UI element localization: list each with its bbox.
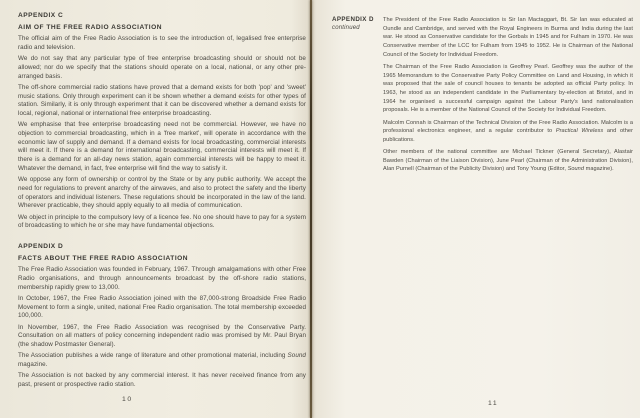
appendix-d-heading: APPENDIX D	[18, 243, 306, 250]
page-number-left: 10	[122, 396, 133, 403]
margin-label-continued: continued	[332, 25, 379, 31]
paragraph: The President of the Free Radio Associat…	[383, 16, 633, 60]
margin-label-appendix-d: APPENDIX D	[332, 16, 379, 23]
appendix-d-continued-label: APPENDIX D continued	[332, 16, 379, 31]
paragraph: Other members of the national committee …	[383, 148, 633, 174]
appendix-c-title: AIM OF THE FREE RADIO ASSOCIATION	[18, 24, 306, 31]
paragraph: The Free Radio Association was founded i…	[18, 266, 306, 292]
paragraph: In October, 1967, the Free Radio Associa…	[18, 295, 306, 321]
appendix-d-title: FACTS ABOUT THE FREE RADIO ASSOCIATION	[18, 255, 306, 262]
paragraph: We oppose any form of ownership or contr…	[18, 176, 306, 211]
page-right: The President of the Free Radio Associat…	[383, 16, 633, 178]
appendix-c-heading: APPENDIX C	[18, 12, 306, 19]
paragraph: The Chairman of the Free Radio Associati…	[383, 63, 633, 115]
page-gutter-line	[310, 0, 312, 418]
book-scan: APPENDIX C AIM OF THE FREE RADIO ASSOCIA…	[0, 0, 640, 418]
page-left: APPENDIX C AIM OF THE FREE RADIO ASSOCIA…	[18, 12, 306, 392]
paragraph: We do not say that any particular type o…	[18, 55, 306, 81]
paragraph: In November, 1967, the Free Radio Associ…	[18, 324, 306, 350]
paragraph: The official aim of the Free Radio Assoc…	[18, 35, 306, 52]
paragraph: The off-shore commercial radio stations …	[18, 84, 306, 119]
paragraph: The Association is not backed by any com…	[18, 372, 306, 389]
paragraph: Malcolm Connah is Chairman of the Techni…	[383, 119, 633, 145]
paragraph: We object in principle to the compulsory…	[18, 214, 306, 231]
paragraph: We emphasise that free enterprise broadc…	[18, 121, 306, 173]
paragraph: The Association publishes a wide range o…	[18, 352, 306, 369]
page-number-right: 11	[488, 400, 498, 407]
